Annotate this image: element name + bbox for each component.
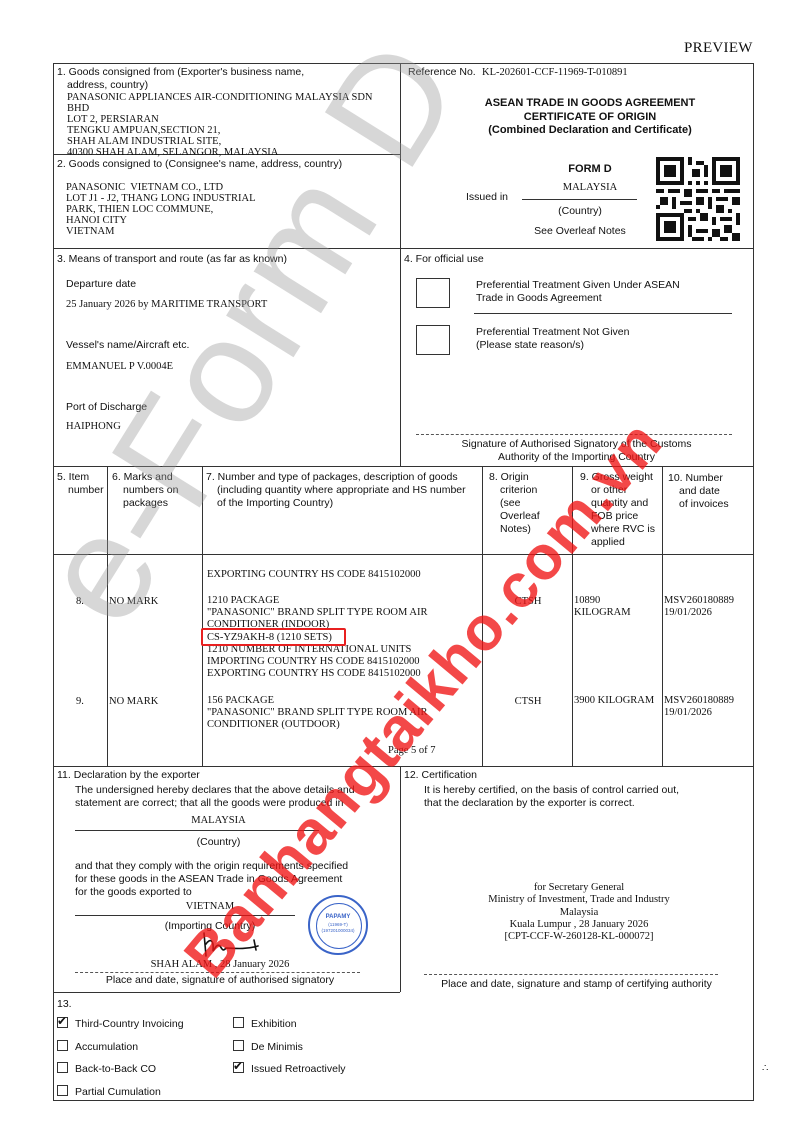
declaration-label: 11. Declaration by the exporter <box>57 769 200 782</box>
text-line: of the Importing Country) <box>206 497 466 510</box>
checkbox-option[interactable]: Accumulation <box>57 1040 138 1054</box>
invoice: MSV26018088919/01/2026 <box>664 695 734 719</box>
exporter-label: 1. Goods consigned from (Exporter's busi… <box>57 66 397 79</box>
header-weight: 9. Gross weightor otherquantity andFOB p… <box>580 471 655 549</box>
title-line: CERTIFICATE OF ORIGIN <box>460 111 720 125</box>
divider <box>53 466 754 467</box>
certifying-authority: for Secretary GeneralMinistry of Investm… <box>404 882 754 943</box>
divider <box>53 766 754 767</box>
country-caption: (Country) <box>520 205 640 218</box>
option-text: Preferential Treatment Not Given <box>476 326 630 339</box>
exporter-signature-caption: Place and date, signature of authorised … <box>75 974 365 987</box>
checkbox-icon[interactable] <box>57 1062 68 1073</box>
preferential-not-given-label: Preferential Treatment Not Given (Please… <box>476 326 630 352</box>
option-text: (Please state reason/s) <box>476 339 630 352</box>
vessel-value: EMMANUEL P V.0004E <box>66 360 173 373</box>
description: 156 PACKAGE"PANASONIC" BRAND SPLIT TYPE … <box>207 695 427 732</box>
checkbox-option[interactable]: Issued Retroactively <box>233 1062 346 1076</box>
certification-label: 12. Certification <box>404 769 477 782</box>
checkbox-label: Issued Retroactively <box>251 1063 346 1075</box>
text-line: for Secretary General <box>404 882 754 894</box>
form-name: FORM D <box>550 163 630 177</box>
vessel-label: Vessel's name/Aircraft etc. <box>66 339 189 352</box>
divider <box>107 466 108 766</box>
ellipsis-mark: ∴ <box>762 1063 768 1074</box>
text-line: or other <box>580 484 655 497</box>
checkbox-option[interactable]: Third-Country Invoicing <box>57 1017 184 1031</box>
transport-box: 3. Means of transport and route (as far … <box>57 253 397 266</box>
text-line: PANASONIC APPLIANCES AIR-CONDITIONING MA… <box>67 92 397 103</box>
certification-text: It is hereby certified, on the basis of … <box>424 784 679 810</box>
text-line: 19/01/2026 <box>664 607 734 619</box>
checkbox-label: Accumulation <box>75 1041 138 1053</box>
comply-text: and that they comply with the origin req… <box>75 860 348 899</box>
text-line: Notes) <box>489 523 540 536</box>
preferential-given-checkbox[interactable] <box>416 278 450 308</box>
official-use-label: 4. For official use <box>404 253 484 266</box>
text-line: 19/01/2026 <box>664 707 734 719</box>
origin-criterion: CTSH <box>483 695 573 708</box>
text-line: 10. Number <box>668 472 729 485</box>
text-line: that the declaration by the exporter is … <box>424 797 679 810</box>
text-line: 156 PACKAGE <box>207 695 427 707</box>
divider <box>53 248 754 249</box>
header-invoice: 10. Numberand dateof invoices <box>668 472 729 511</box>
text-line: and that they comply with the origin req… <box>75 860 348 873</box>
text-line: number <box>57 484 104 497</box>
text-line: TENGKU AMPUAN,SECTION 21, <box>67 125 397 136</box>
text-line: LOT J1 - J2, THANG LONG INDUSTRIAL <box>66 193 397 204</box>
checkbox-option[interactable]: Exhibition <box>233 1017 297 1031</box>
gross-weight: 10890KILOGRAM <box>574 595 631 619</box>
divider <box>662 466 663 766</box>
header-item-number: 5. Itemnumber <box>57 471 104 497</box>
departure-label: Departure date <box>66 278 136 291</box>
text-line: where RVC is <box>580 523 655 536</box>
country-underline <box>75 830 319 831</box>
checkbox-option[interactable]: Partial Cumulation <box>57 1085 161 1099</box>
certificate-title: ASEAN TRADE IN GOODS AGREEMENT CERTIFICA… <box>460 97 720 138</box>
stamp-name: PAPAMY <box>310 914 366 920</box>
text-line: IMPORTING COUNTRY HS CODE 8415102000 <box>207 656 427 668</box>
text-line: criterion <box>489 484 540 497</box>
text-line: SHAH ALAM INDUSTRIAL SITE, <box>67 136 397 147</box>
text-line: It is hereby certified, on the basis of … <box>424 784 679 797</box>
checkbox-icon[interactable] <box>57 1040 68 1051</box>
header-marks: 6. Marks andnumbers onpackages <box>112 471 178 510</box>
text-line: Malaysia <box>404 907 754 919</box>
qr-code-icon <box>656 157 740 241</box>
importing-underline <box>75 915 295 916</box>
text-line: BHD <box>67 103 397 114</box>
checked-checkbox-icon[interactable] <box>57 1017 68 1028</box>
option-text: Preferential Treatment Given Under ASEAN <box>476 279 680 292</box>
signature-line <box>424 974 718 975</box>
divider <box>400 766 401 992</box>
text-line: and date <box>668 485 729 498</box>
checked-checkbox-icon[interactable] <box>233 1062 244 1073</box>
issued-in-underline <box>522 199 637 200</box>
stamp-reg: (11969-T) <box>310 922 366 927</box>
departure-value: 25 January 2026 by MARITIME TRANSPORT <box>66 298 267 311</box>
country-caption: (Country) <box>75 836 362 849</box>
text-line: (see <box>489 497 540 510</box>
text-line: for these goods in the ASEAN Trade in Go… <box>75 873 348 886</box>
text-line: (including quantity where appropriate an… <box>206 484 466 497</box>
text-line: 8. Origin <box>489 471 540 484</box>
text-line: of invoices <box>668 498 729 511</box>
box13-label: 13. <box>57 998 72 1011</box>
item-number: 9. <box>76 695 84 708</box>
signature-line <box>75 972 360 973</box>
checkbox-label: De Minimis <box>251 1041 303 1053</box>
stamp-reg: (197201000034) <box>310 928 366 933</box>
signature-icon <box>196 928 266 960</box>
preview-label: PREVIEW <box>684 40 753 57</box>
overleaf-notes: See Overleaf Notes <box>520 225 640 238</box>
text-line: HANOI CITY <box>66 215 397 226</box>
exported-to-country: VIETNAM <box>75 900 345 913</box>
text-line: numbers on <box>112 484 178 497</box>
header-origin: 8. Origincriterion(seeOverleafNotes) <box>489 471 540 536</box>
text-line: 6. Marks and <box>112 471 178 484</box>
divider <box>572 466 573 766</box>
text-line: quantity and <box>580 497 655 510</box>
checkbox-icon[interactable] <box>233 1017 244 1028</box>
text-line: Ministry of Investment, Trade and Indust… <box>404 894 754 906</box>
checkbox-label: Back-to-Back CO <box>75 1063 156 1075</box>
text-line: applied <box>580 536 655 549</box>
title-line: ASEAN TRADE IN GOODS AGREEMENT <box>460 97 720 111</box>
header-description: 7. Number and type of packages, descript… <box>206 471 466 510</box>
text-line: FOB price <box>580 510 655 523</box>
highlight-box <box>201 628 346 646</box>
text-line: PANASONIC VIETNAM CO., LTD <box>66 182 397 193</box>
exporter-label-cont: address, country) <box>57 79 397 92</box>
text-line: 10890 <box>574 595 631 607</box>
marks: NO MARK <box>109 695 158 708</box>
origin-criterion: CTSH <box>483 595 573 608</box>
company-stamp-icon: PAPAMY (11969-T) (197201000034) <box>308 895 368 955</box>
reference-label: Reference No. <box>408 66 476 79</box>
invoice: MSV26018088919/01/2026 <box>664 595 734 619</box>
text-line: "PANASONIC" BRAND SPLIT TYPE ROOM AIR <box>207 707 427 719</box>
text-line: [CPT-CCF-W-260128-KL-000072] <box>404 931 754 943</box>
authority-signature-caption: Place and date, signature and stamp of c… <box>404 978 749 991</box>
text-line: 9. Gross weight <box>580 471 655 484</box>
divider <box>53 554 754 555</box>
issued-in-label: Issued in <box>466 191 508 204</box>
checkbox-icon[interactable] <box>57 1085 68 1096</box>
port-value: HAIPHONG <box>66 420 121 433</box>
text-line: VIETNAM <box>66 226 397 237</box>
caption-text: Authority of the Importing Country <box>404 451 749 464</box>
exporter-address: PANASONIC APPLIANCES AIR-CONDITIONING MA… <box>57 92 397 158</box>
preamble-hs-code: EXPORTING COUNTRY HS CODE 8415102000 <box>207 568 421 581</box>
text-line: "PANASONIC" BRAND SPLIT TYPE ROOM AIR <box>207 607 427 619</box>
checkbox-option[interactable]: Back-to-Back CO <box>57 1062 156 1076</box>
text-line: 40300 SHAH ALAM, SELANGOR, MALAYSIA <box>67 147 397 158</box>
divider <box>53 992 400 993</box>
preferential-given-label: Preferential Treatment Given Under ASEAN… <box>476 279 680 305</box>
text-line: EXPORTING COUNTRY HS CODE 8415102000 <box>207 668 427 680</box>
caption-text: Signature of Authorised Signatory of the… <box>404 438 749 451</box>
divider <box>400 63 401 467</box>
declaration-text: The undersigned hereby declares that the… <box>75 784 355 810</box>
text-line: 3900 KILOGRAM <box>574 695 654 707</box>
checkbox-label: Exhibition <box>251 1018 297 1030</box>
text-line: The undersigned hereby declares that the… <box>75 784 355 797</box>
text-line: PARK, THIEN LOC COMMUNE, <box>66 204 397 215</box>
gross-weight: 3900 KILOGRAM <box>574 695 654 707</box>
text-line: Kuala Lumpur , 28 January 2026 <box>404 919 754 931</box>
preferential-not-given-checkbox[interactable] <box>416 325 450 355</box>
produced-in-country: MALAYSIA <box>75 814 362 827</box>
text-line: 5. Item <box>57 471 104 484</box>
consignee-box: 2. Goods consigned to (Consignee's name,… <box>57 158 397 237</box>
issued-in-country: MALAYSIA <box>520 181 660 194</box>
signature-line <box>416 434 732 435</box>
text-line: Overleaf <box>489 510 540 523</box>
text-line: LOT 2, PERSIARAN <box>67 114 397 125</box>
consignee-address: PANASONIC VIETNAM CO., LTDLOT J1 - J2, T… <box>57 182 397 237</box>
item-number: 8. <box>76 595 84 608</box>
port-label: Port of Discharge <box>66 401 147 414</box>
checkbox-label: Partial Cumulation <box>75 1086 161 1098</box>
customs-signature-caption: Signature of Authorised Signatory of the… <box>404 438 749 464</box>
consignee-label: 2. Goods consigned to (Consignee's name,… <box>57 158 397 171</box>
exporter-box: 1. Goods consigned from (Exporter's busi… <box>57 66 397 158</box>
text-line: MSV260180889 <box>664 695 734 707</box>
checkbox-label: Third-Country Invoicing <box>75 1018 184 1030</box>
checkbox-icon[interactable] <box>233 1040 244 1051</box>
text-line: CONDITIONER (OUTDOOR) <box>207 719 427 731</box>
divider <box>474 313 732 314</box>
text-line: packages <box>112 497 178 510</box>
option-text: Trade in Goods Agreement <box>476 292 680 305</box>
title-line: (Combined Declaration and Certificate) <box>460 124 720 138</box>
divider <box>482 466 483 766</box>
reference-number: KL-202601-CCF-11969-T-010891 <box>482 66 628 79</box>
text-line: 7. Number and type of packages, descript… <box>206 471 466 484</box>
text-line: KILOGRAM <box>574 607 631 619</box>
exporter-place-date: SHAH ALAM , 28 January 2026 <box>75 958 365 971</box>
checkbox-option[interactable]: De Minimis <box>233 1040 303 1054</box>
text-line: MSV260180889 <box>664 595 734 607</box>
text-line: statement are correct; that all the good… <box>75 797 355 810</box>
page-indicator: Page 5 of 7 <box>388 744 436 757</box>
divider <box>202 466 203 766</box>
text-line: 1210 PACKAGE <box>207 595 427 607</box>
transport-label: 3. Means of transport and route (as far … <box>57 253 397 266</box>
marks: NO MARK <box>109 595 158 608</box>
text-line: for the goods exported to <box>75 886 348 899</box>
